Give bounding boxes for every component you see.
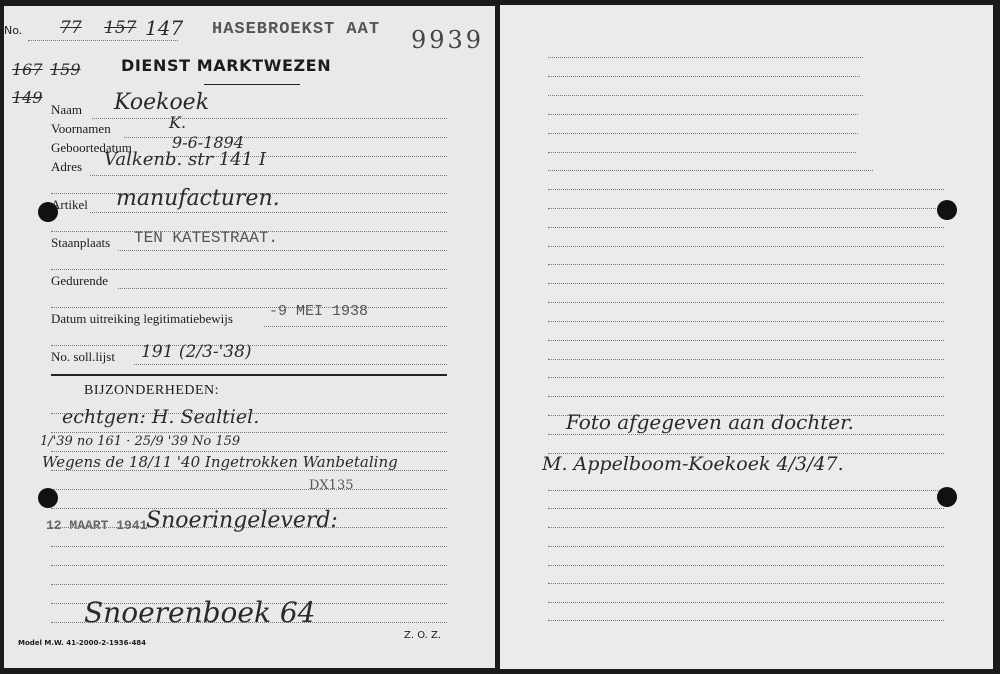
note-spouse: echtgen: H. Sealtiel. (62, 406, 259, 428)
struck-number-1: 77 (60, 18, 82, 38)
punch-hole-bottom (937, 487, 957, 507)
no-label: No. (4, 24, 22, 37)
note-numbers: 1/'39 no 161 · 25/9 '39 No 159 (40, 434, 240, 449)
margin-struck-3: 149 (12, 88, 43, 107)
field-value-soll-lijst: 191 (2/3-'38) (141, 342, 252, 362)
field-value-naam: Koekoek (114, 90, 209, 115)
field-value-staanplaats: TEN KATESTRAAT. (134, 229, 278, 247)
note-code: DX135 (309, 478, 354, 493)
note-delivered: Snoeringeleverd: (146, 508, 338, 533)
note-revoked: Wegens de 18/11 '40 Ingetrokken Wanbetal… (42, 453, 398, 471)
field-label-naam: Naam (51, 102, 82, 118)
note-signature: Snoerenboek 64 (84, 596, 315, 629)
back-note-daughter: M. Appelboom-Koekoek 4/3/47. (542, 453, 844, 475)
footer-model: Model M.W. 41-2000-2-1936-484 (18, 639, 146, 647)
field-value-voornamen: K. (169, 113, 186, 132)
date-stamp: 12 MAART 1941 (46, 518, 147, 533)
punch-hole-top (937, 200, 957, 220)
back-note-photo: Foto afgegeven aan dochter. (566, 410, 854, 434)
field-value-artikel: manufacturen. (116, 186, 280, 211)
card-no-value: 147 (145, 16, 183, 40)
section-heading-bijzonderheden: BIJZONDERHEDEN: (84, 383, 219, 399)
field-label-gedurende: Gedurende (51, 273, 108, 289)
punch-hole-bottom (38, 488, 58, 508)
field-label-adres: Adres (51, 159, 82, 175)
punch-hole-top (38, 202, 58, 222)
field-value-adres: Valkenb. str 141 I (104, 149, 266, 170)
card-number: 9939 (411, 26, 484, 54)
field-value-datum-uitreiking: -9 MEI 1938 (269, 303, 368, 320)
field-label-staanplaats: Staanplaats (51, 235, 110, 251)
back-card: Foto afgegeven aan dochter. M. Appelboom… (500, 5, 993, 669)
struck-number-2: 157 (104, 18, 136, 38)
field-label-voornamen: Voornamen (51, 121, 111, 137)
margin-struck-2: 159 (50, 60, 81, 79)
front-card: No. 77 157 147 HASEBROEKST AAT 9939 167 … (4, 6, 495, 668)
field-label-datum-uitreiking: Datum uitreiking legitimatiebewijs (51, 311, 233, 327)
footer-zoz: Z. O. Z. (404, 630, 441, 641)
card-title: DIENST MARKTWEZEN (121, 56, 331, 75)
margin-struck-1: 167 (12, 60, 43, 79)
street-stamp: HASEBROEKST AAT (212, 20, 380, 39)
field-label-soll-lijst: No. soll.lijst (51, 349, 115, 365)
